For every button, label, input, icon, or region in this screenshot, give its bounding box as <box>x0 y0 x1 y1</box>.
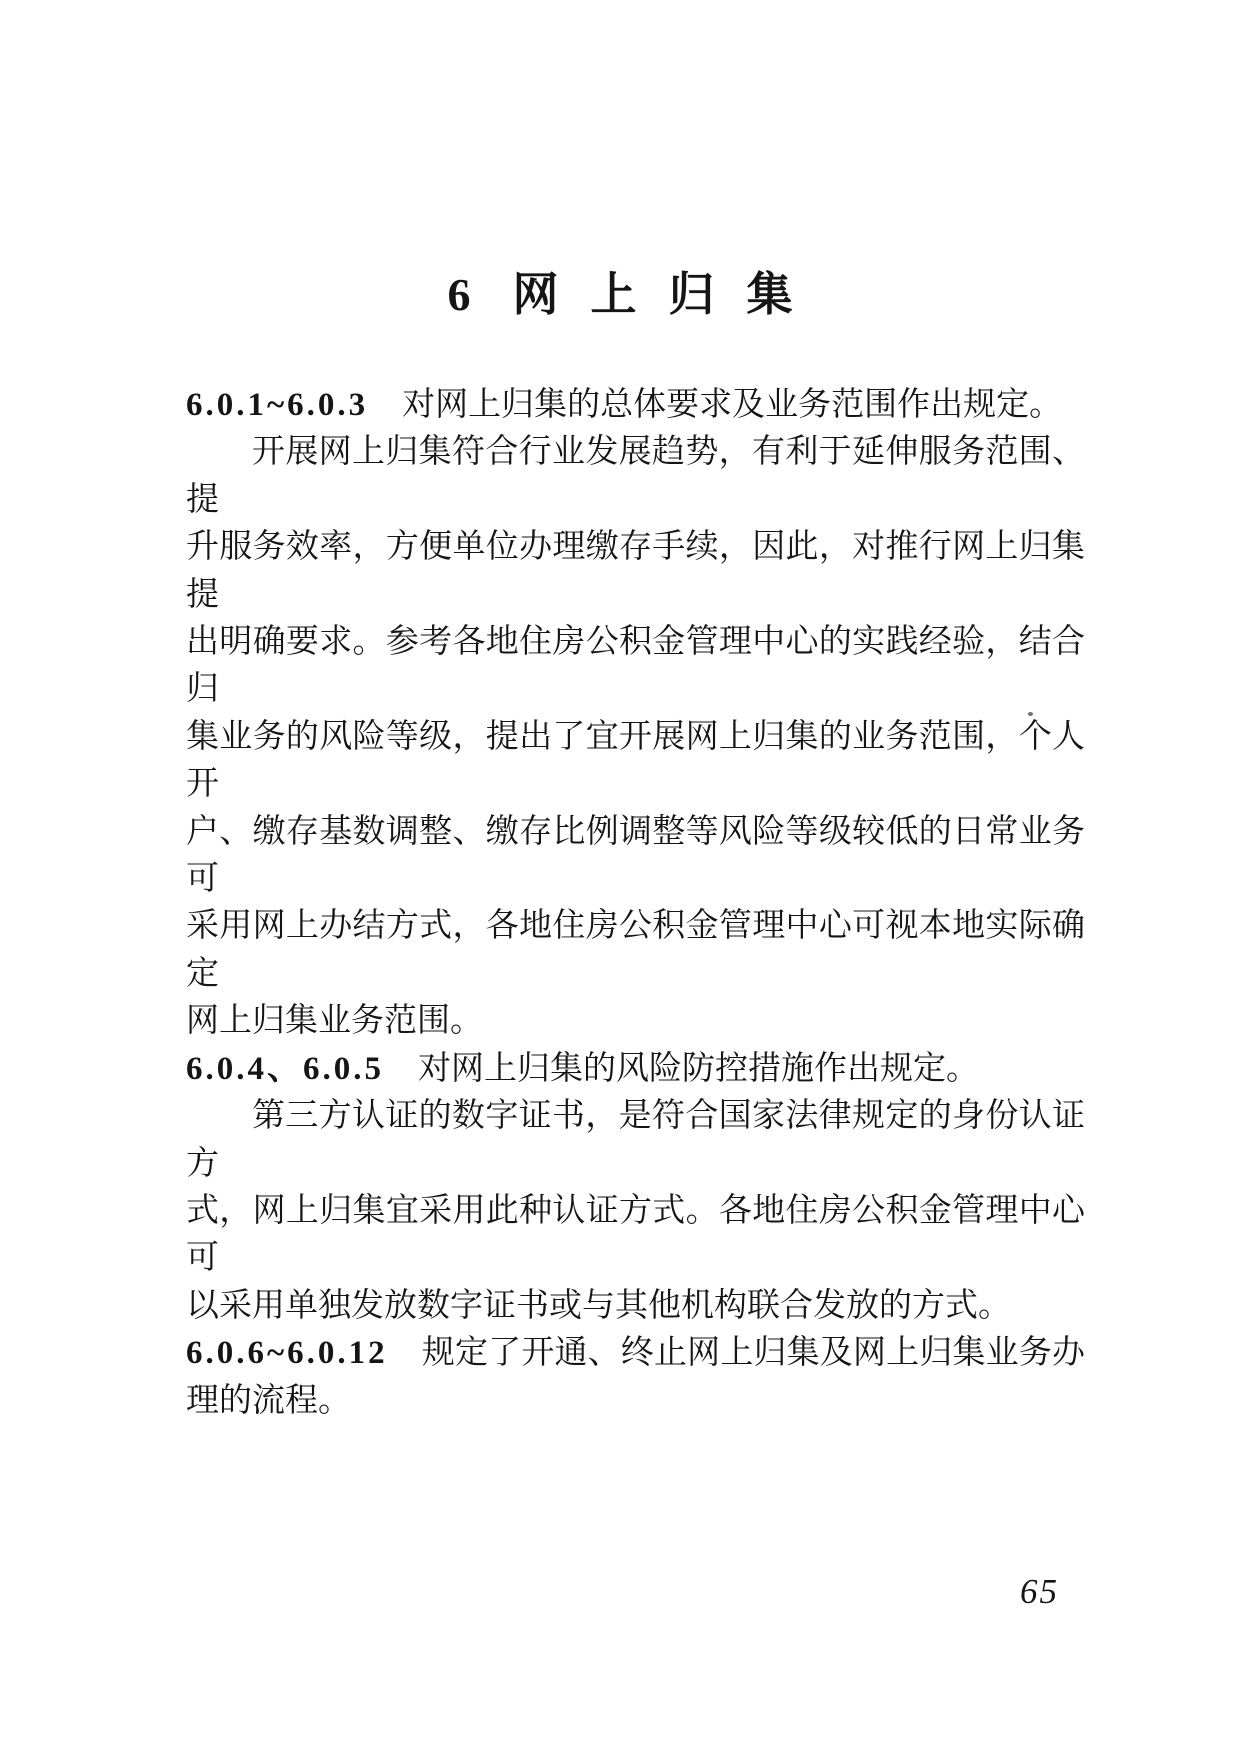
text-line: 式，网上归集宜采用此种认证方式。各地住房公积金管理中心可 <box>186 1188 1085 1283</box>
text-line: 第三方认证的数字证书，是符合国家法律规定的身份认证方 <box>186 1093 1085 1188</box>
section-number: 6.0.6~6.0.12 <box>186 1335 388 1371</box>
line-text: 出明确要求。参考各地住房公积金管理中心的实践经验，结合归 <box>186 624 1085 707</box>
line-text: 对网上归集的总体要求及业务范围作出规定。 <box>402 387 1062 423</box>
line-text: 式，网上归集宜采用此种认证方式。各地住房公积金管理中心可 <box>186 1193 1085 1276</box>
text-line: 开展网上归集符合行业发展趋势，有利于延伸服务范围、提 <box>186 429 1085 524</box>
line-text: 规定了开通、终止网上归集及网上归集业务办 <box>422 1335 1085 1371</box>
line-text: 以采用单独发放数字证书或与其他机构联合发放的方式。 <box>186 1288 1011 1324</box>
text-line: 户、缴存基数调整、缴存比例调整等风险等级较低的日常业务可 <box>186 809 1085 904</box>
line-text: 理的流程。 <box>186 1383 351 1419</box>
line-text: 户、缴存基数调整、缴存比例调整等风险等级较低的日常业务可 <box>186 814 1085 897</box>
line-text: 开展网上归集符合行业发展趋势，有利于延伸服务范围、提 <box>186 434 1085 517</box>
line-text: 第三方认证的数字证书，是符合国家法律规定的身份认证方 <box>186 1098 1085 1181</box>
line-text: 对网上归集的风险防控措施作出规定。 <box>418 1051 979 1087</box>
text-line: 6.0.1~6.0.3对网上归集的总体要求及业务范围作出规定。 <box>186 382 1085 429</box>
line-text: 升服务效率，方便单位办理缴存手续，因此，对推行网上归集提 <box>186 529 1085 612</box>
print-artifact-dot <box>1028 712 1033 716</box>
text-line: 6.0.4、6.0.5对网上归集的风险防控措施作出规定。 <box>186 1046 1085 1093</box>
text-line: 6.0.6~6.0.12规定了开通、终止网上归集及网上归集业务办 <box>186 1330 1085 1377</box>
section-number: 6.0.4、6.0.5 <box>186 1051 384 1087</box>
line-text: 网上归集业务范围。 <box>186 1003 483 1039</box>
text-line: 以采用单独发放数字证书或与其他机构联合发放的方式。 <box>186 1283 1085 1330</box>
text-block: 6.0.1~6.0.3对网上归集的总体要求及业务范围作出规定。开展网上归集符合行… <box>186 382 1085 1425</box>
line-text: 集业务的风险等级，提出了宜开展网上归集的业务范围，个人开 <box>186 719 1085 802</box>
page-number: 65 <box>1020 1572 1059 1612</box>
text-line: 理的流程。 <box>186 1378 1085 1425</box>
text-line: 采用网上办结方式，各地住房公积金管理中心可视本地实际确定 <box>186 903 1085 998</box>
text-line: 集业务的风险等级，提出了宜开展网上归集的业务范围，个人开 <box>186 714 1085 809</box>
line-text: 采用网上办结方式，各地住房公积金管理中心可视本地实际确定 <box>186 908 1085 991</box>
chapter-number: 6 <box>448 269 471 320</box>
section-number: 6.0.1~6.0.3 <box>186 387 368 423</box>
text-line: 网上归集业务范围。 <box>186 998 1085 1045</box>
text-line: 升服务效率，方便单位办理缴存手续，因此，对推行网上归集提 <box>186 524 1085 619</box>
chapter-name: 网上归集 <box>513 269 825 320</box>
chapter-title: 6网上归集 <box>0 258 1240 324</box>
text-line: 出明确要求。参考各地住房公积金管理中心的实践经验，结合归 <box>186 619 1085 714</box>
document-page: 6网上归集 6.0.1~6.0.3对网上归集的总体要求及业务范围作出规定。开展网… <box>0 0 1240 1738</box>
